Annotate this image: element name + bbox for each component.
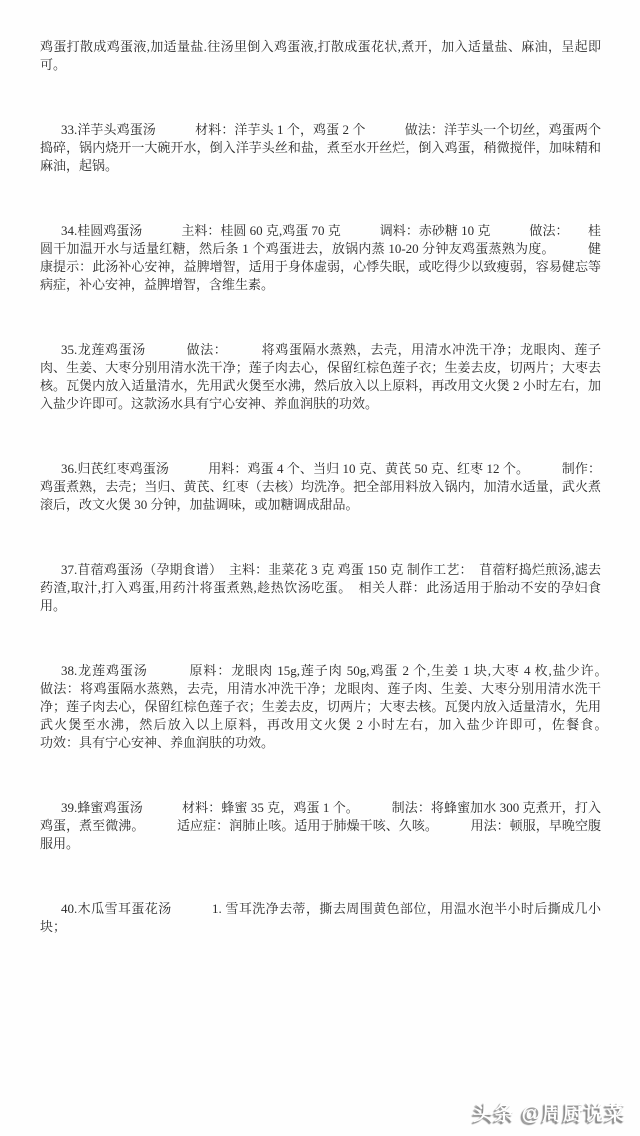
recipe-paragraph-39: 39.蜂蜜鸡蛋汤 材料：蜂蜜 35 克，鸡蛋 1 个。 制法：将蜂蜜加水 300… (40, 799, 601, 853)
recipe-paragraph-40: 40.木瓜雪耳蛋花汤 1. 雪耳洗净去蒂，撕去周围黄色部位，用温水泡半小时后撕成… (40, 900, 601, 936)
paragraph-intro-continuation: 鸡蛋打散成鸡蛋液,加适量盐.往汤里倒入鸡蛋液,打散成蛋花状,煮开，加入适量盐、麻… (40, 38, 601, 74)
recipe-paragraph-37: 37.苜蓿鸡蛋汤（孕期食谱） 主料：韭菜花 3 克 鸡蛋 150 克 制作工艺：… (40, 561, 601, 615)
recipe-paragraph-38: 38.龙莲鸡蛋汤 原料：龙眼肉 15g,莲子肉 50g,鸡蛋 2 个,生姜 1 … (40, 662, 601, 752)
recipe-paragraph-33: 33.洋芋头鸡蛋汤 材料：洋芋头 1 个，鸡蛋 2 个 做法：洋芋头一个切丝，鸡… (40, 121, 601, 175)
recipe-paragraph-36: 36.归芪红枣鸡蛋汤 用料：鸡蛋 4 个、当归 10 克、黄芪 50 克、红枣 … (40, 460, 601, 514)
recipe-paragraph-35: 35.龙莲鸡蛋汤 做法： 将鸡蛋隔水蒸熟，去壳，用清水冲洗干净；龙眼肉、莲子肉、… (40, 341, 601, 413)
recipe-paragraph-34: 34.桂圆鸡蛋汤 主料：桂圆 60 克,鸡蛋 70 克 调料：赤砂糖 10 克 … (40, 222, 601, 294)
watermark-author-badge: 头条 @周厨说菜 (473, 1097, 626, 1126)
document-page: 鸡蛋打散成鸡蛋液,加适量盐.往汤里倒入鸡蛋液,打散成蛋花状,煮开，加入适量盐、麻… (0, 0, 640, 1136)
